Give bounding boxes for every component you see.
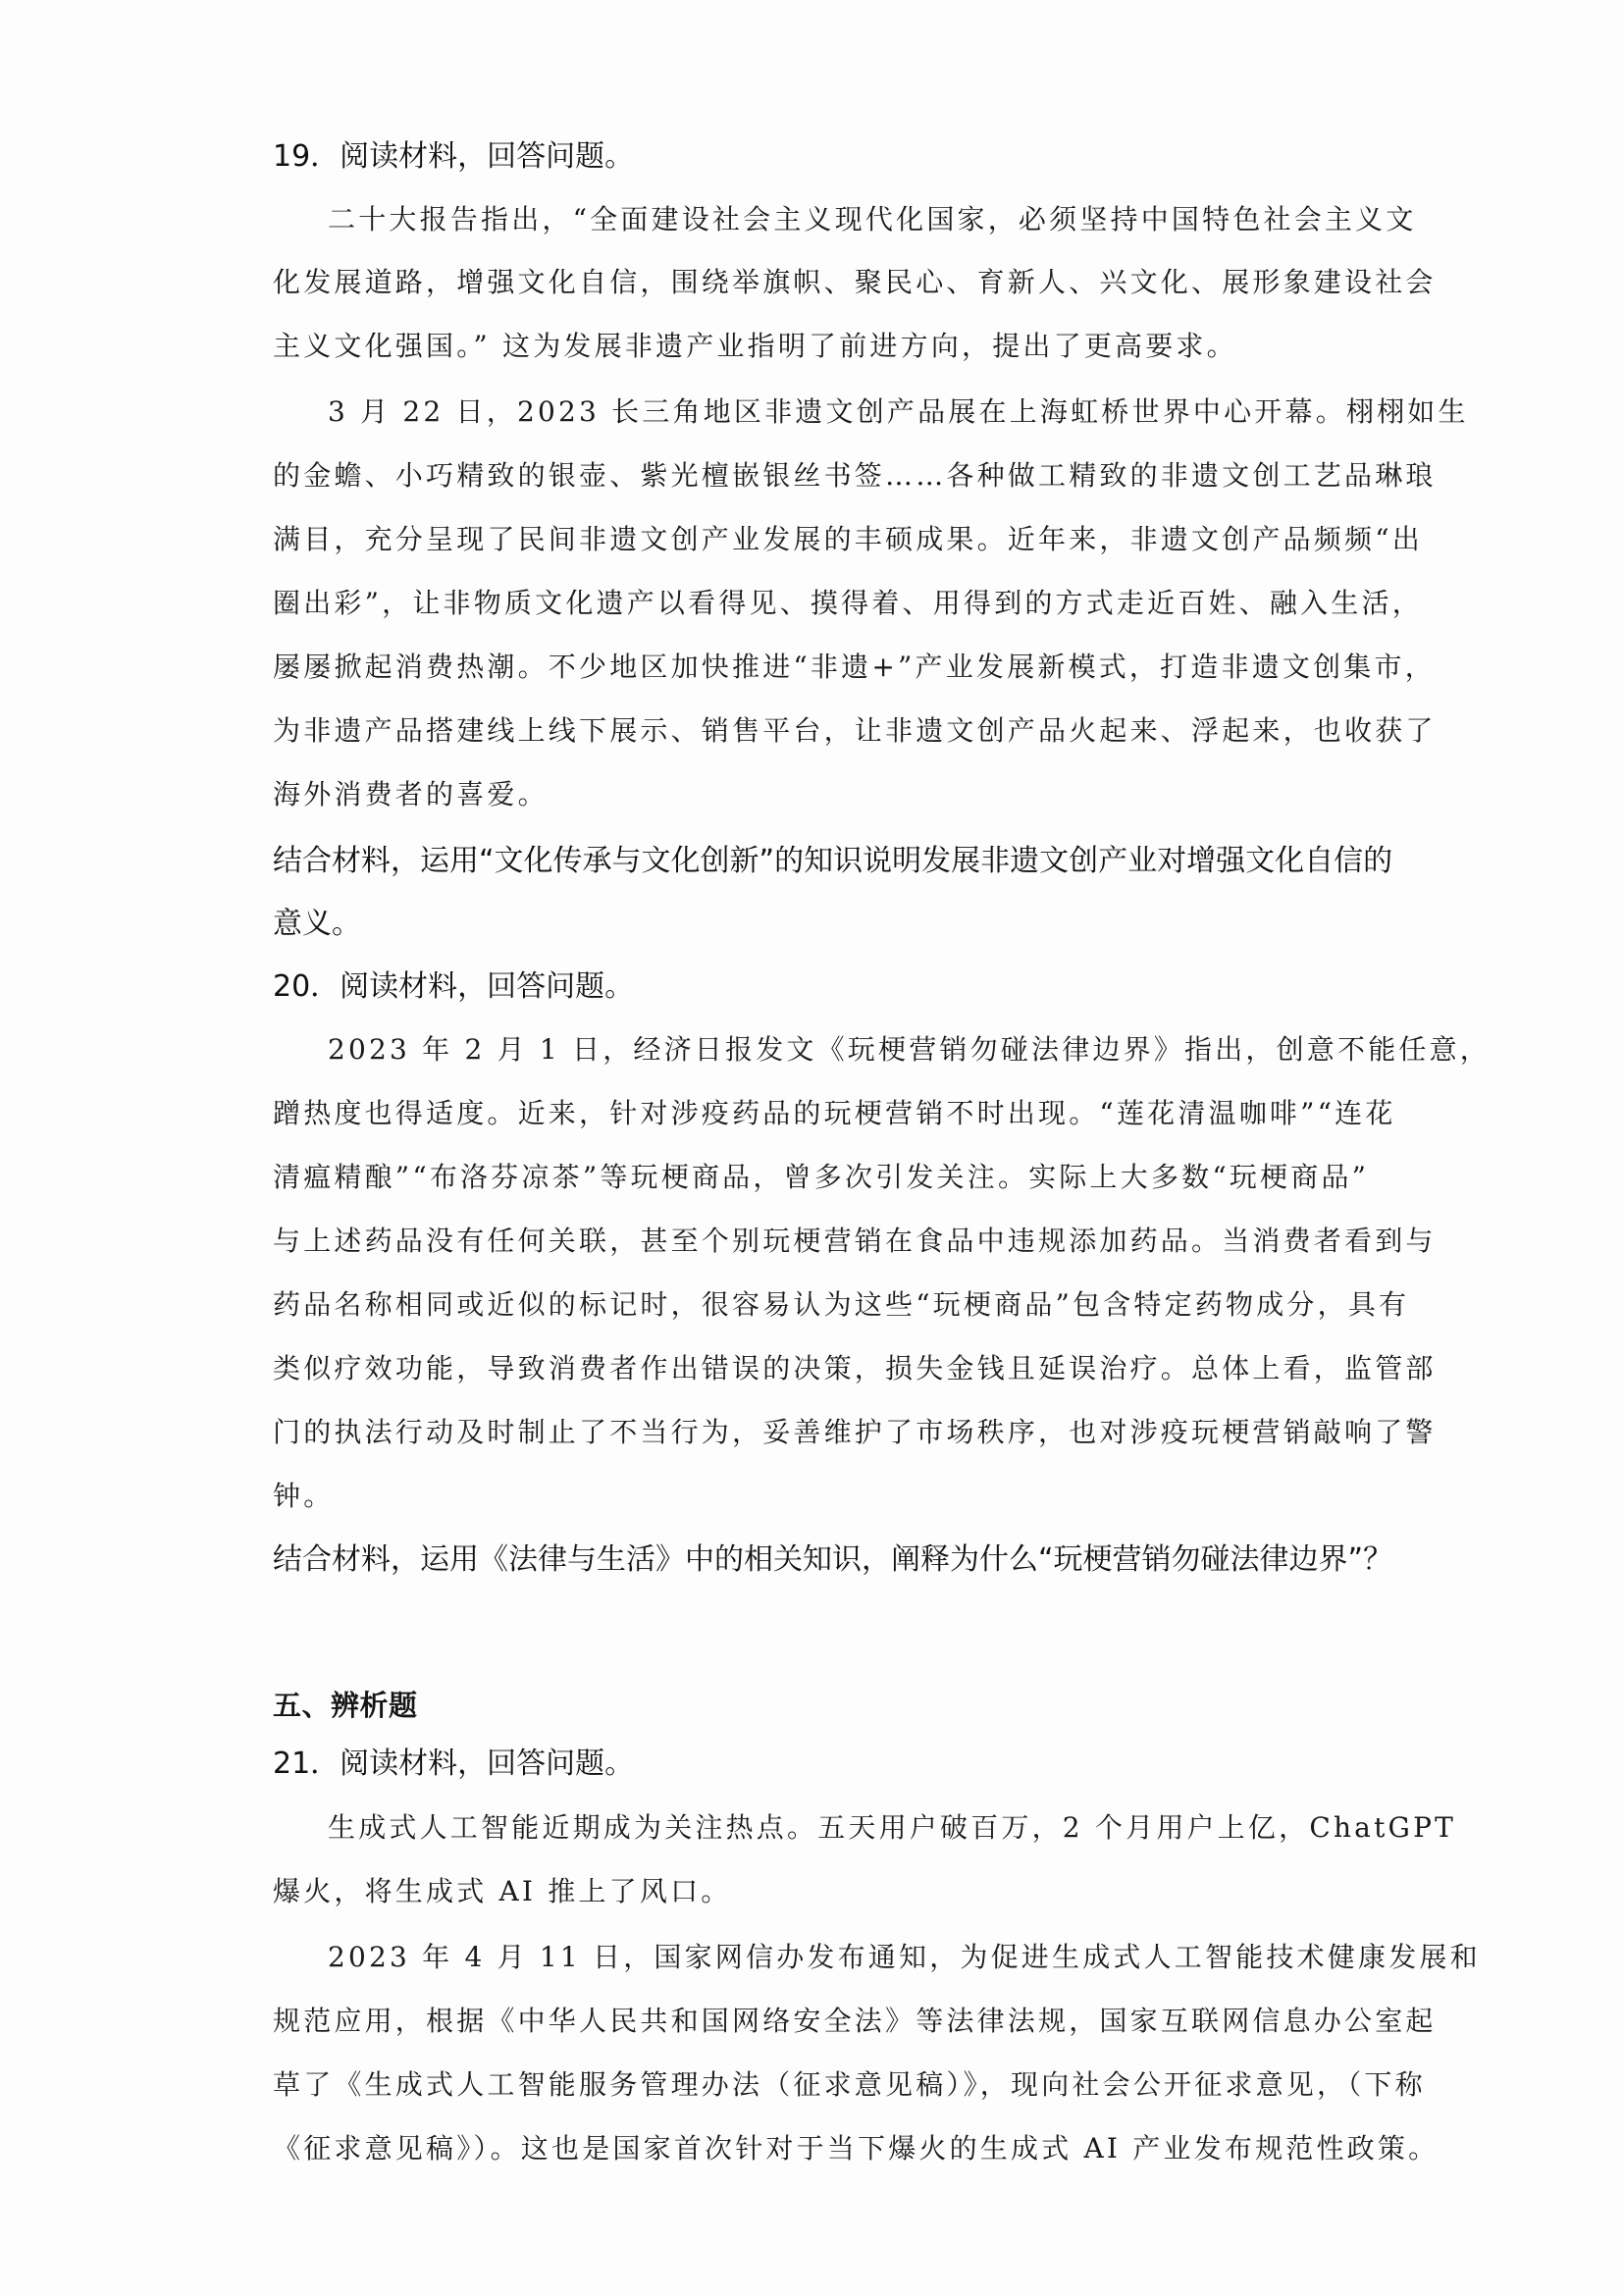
q21-material-line: 草了《生成式人工智能服务管理办法（征求意见稿）》，现向社会公开征求意见，（下称 bbox=[273, 2065, 1426, 2105]
q20-material-line: 与上述药品没有任何关联，甚至个别玩梗营销在食品中违规添加药品。当消费者看到与 bbox=[273, 1222, 1437, 1261]
q21-material-line: 生成式人工智能近期成为关注热点。五天用户破百万，2 个月用户上亿，ChatGPT bbox=[328, 1808, 1456, 1848]
q20-material-line: 钟。 bbox=[273, 1477, 334, 1516]
question-19-heading: 19．阅读材料，回答问题。 bbox=[273, 137, 634, 177]
q20-question-line: 结合材料，运用《法律与生活》中的相关知识，阐释为什么“玩梗营销勿碰法律边界”？ bbox=[273, 1540, 1392, 1580]
q20-material-line: 类似疗效功能，导致消费者作出错误的决策，损失金钱且延误治疗。总体上看，监管部 bbox=[273, 1349, 1437, 1388]
q20-material-line: 清瘟精酿”“布洛芬凉茶”等玩梗商品，曾多次引发关注。实际上大多数“玩梗商品” bbox=[273, 1158, 1369, 1197]
q21-material-line: 《征求意见稿》）。这也是国家首次针对于当下爆火的生成式 AI 产业发布规范性政策… bbox=[273, 2129, 1439, 2168]
document-page: 19．阅读材料，回答问题。 二十大报告指出，“全面建设社会主义现代化国家，必须坚… bbox=[0, 0, 1623, 2296]
q19-question-line: 结合材料，运用“文化传承与文化创新”的知识说明发展非遗文创产业对增强文化自信的 bbox=[273, 842, 1392, 881]
q20-material-line: 2023 年 2 月 1 日，经济日报发文《玩梗营销勿碰法律边界》指出，创意不能… bbox=[328, 1030, 1491, 1070]
q19-material-line: 为非遗产品搭建线上线下展示、销售平台，让非遗文创产品火起来、浮起来，也收获了 bbox=[273, 711, 1437, 751]
q19-material-line: 满目，充分呈现了民间非遗文创产业发展的丰硕成果。近年来，非遗文创产品频频“出 bbox=[273, 520, 1423, 559]
q19-material-line: 海外消费者的喜爱。 bbox=[273, 775, 549, 814]
q19-material-line: 屡屡掀起消费热潮。不少地区加快推进“非遗+”产业发展新模式，打造非遗文创集市， bbox=[273, 648, 1436, 687]
q21-material-line: 爆火，将生成式 AI 推上了风口。 bbox=[273, 1872, 731, 1911]
q20-material-line: 门的执法行动及时制止了不当行为，妥善维护了市场秩序，也对涉疫玩梗营销敲响了警 bbox=[273, 1413, 1437, 1452]
q19-material-line: 圈出彩”，让非物质文化遗产以看得见、摸得着、用得到的方式走近百姓、融入生活， bbox=[273, 584, 1423, 623]
q20-material-line: 蹭热度也得适度。近来，针对涉疫药品的玩梗营销不时出现。“莲花清温咖啡”“连花 bbox=[273, 1094, 1396, 1133]
question-21-heading: 21．阅读材料，回答问题。 bbox=[273, 1745, 634, 1784]
q20-material-line: 药品名称相同或近似的标记时，很容易认为这些“玩梗商品”包含特定药物成分，具有 bbox=[273, 1285, 1409, 1325]
q19-material-line: 主义文化强国。” 这为发展非遗产业指明了前进方向，提出了更高要求。 bbox=[273, 327, 1237, 366]
q19-material-line: 的金蟾、小巧精致的银壶、紫光檀嵌银丝书签……各种做工精致的非遗文创工艺品琳琅 bbox=[273, 456, 1437, 496]
q19-question-line: 意义。 bbox=[273, 905, 361, 944]
q21-material-line: 2023 年 4 月 11 日，国家网信办发布通知，为促进生成式人工智能技术健康… bbox=[328, 1938, 1481, 1977]
q19-material-line: 化发展道路，增强文化自信，围绕举旗帜、聚民心、育新人、兴文化、展形象建设社会 bbox=[273, 263, 1437, 302]
q19-material-line: 二十大报告指出，“全面建设社会主义现代化国家，必须坚持中国特色社会主义文 bbox=[328, 200, 1417, 239]
question-20-heading: 20．阅读材料，回答问题。 bbox=[273, 967, 634, 1007]
section-title: 五、辨析题 bbox=[273, 1686, 418, 1725]
q21-material-line: 规范应用，根据《中华人民共和国网络安全法》等法律法规，国家互联网信息办公室起 bbox=[273, 2002, 1437, 2041]
q19-material-line: 3 月 22 日，2023 长三角地区非遗文创产品展在上海虹桥世界中心开幕。栩栩… bbox=[328, 392, 1469, 432]
